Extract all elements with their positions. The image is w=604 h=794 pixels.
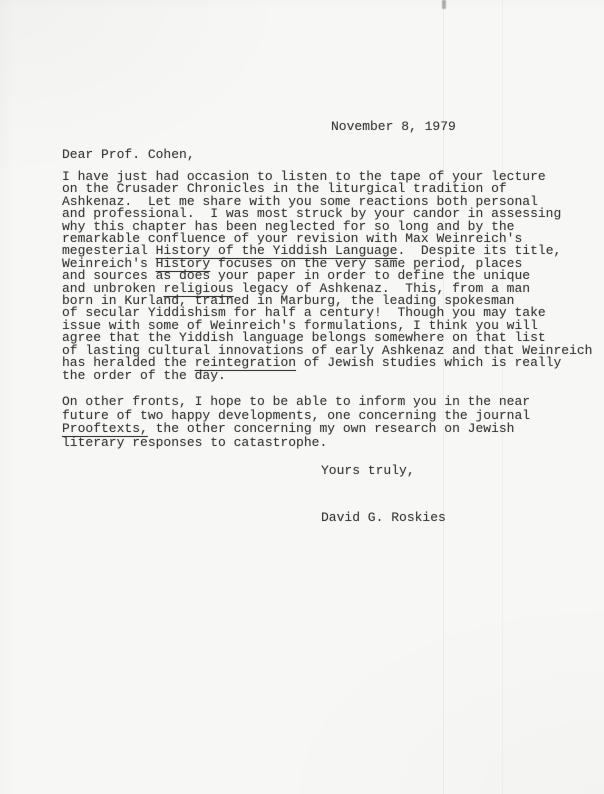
body-line: future of two happy developments, one co…: [62, 409, 530, 423]
body-line: Prooftexts, the other concerning my own …: [62, 422, 530, 436]
letter-body-paragraph-2: On other fronts, I hope to be able to in…: [62, 395, 530, 449]
letter-signature-name: David G. Roskies: [321, 512, 446, 524]
letter-salutation: Dear Prof. Cohen,: [62, 149, 195, 161]
letter-body-paragraph-1: I have just had occasion to listen to th…: [62, 171, 593, 382]
letter-date: November 8, 1979: [331, 121, 456, 133]
body-line: literary responses to catastrophe.: [62, 436, 530, 450]
body-line: On other fronts, I hope to be able to in…: [62, 395, 530, 409]
letter-closing: Yours truly,: [321, 465, 415, 477]
scan-speck: [442, 0, 446, 9]
letter-page: November 8, 1979 Dear Prof. Cohen, I hav…: [0, 0, 604, 794]
body-line: the order of the day.: [62, 370, 593, 382]
